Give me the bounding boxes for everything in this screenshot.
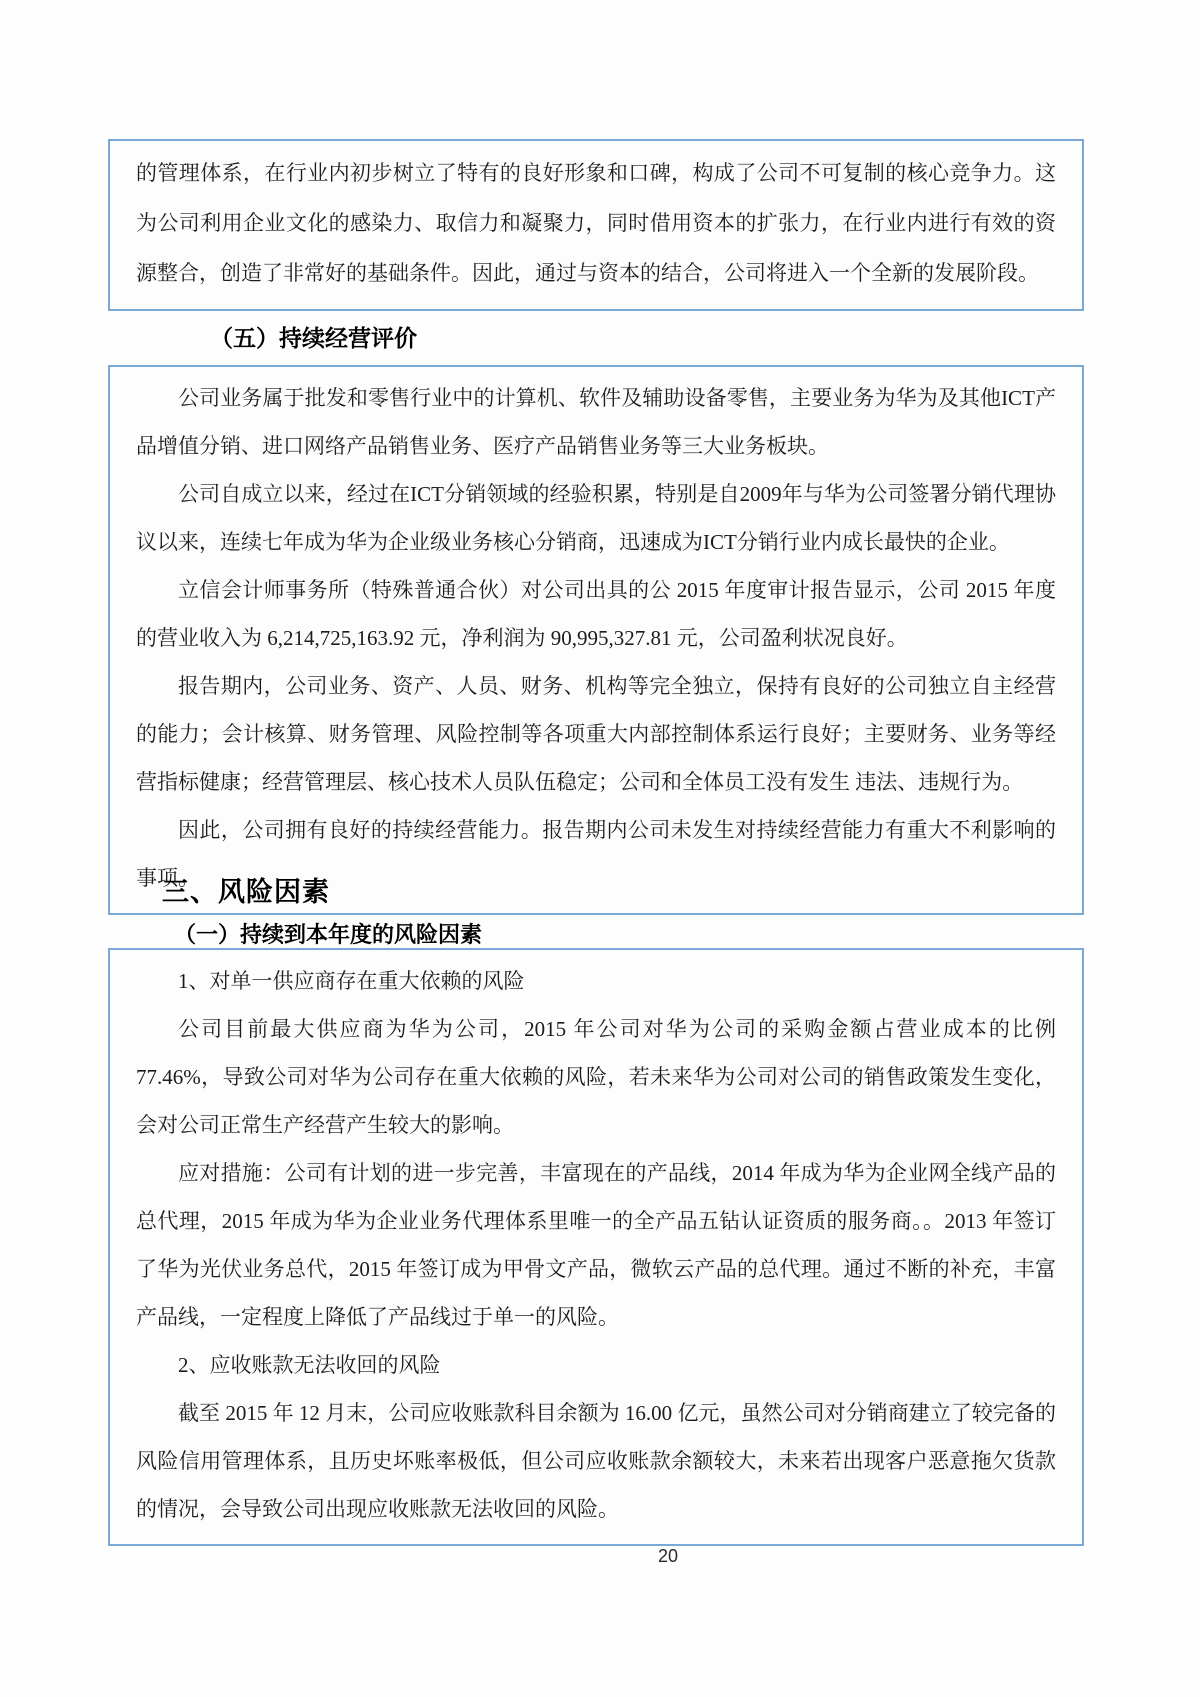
paragraph: 2、应收账款无法收回的风险 bbox=[136, 1341, 1056, 1389]
paragraph: 立信会计师事务所（特殊普通合伙）对公司出具的公 2015 年度审计报告显示，公司… bbox=[136, 566, 1056, 662]
report-page: 的管理体系，在行业内初步树立了特有的良好形象和口碑，构成了公司不可复制的核心竞争… bbox=[0, 0, 1200, 1697]
section-heading-risk-factors: 三、风险因素 bbox=[162, 870, 330, 909]
text-block-risk-factors: 1、对单一供应商存在重大依赖的风险 公司目前最大供应商为华为公司，2015 年公… bbox=[108, 948, 1084, 1546]
paragraph: 报告期内，公司业务、资产、人员、财务、机构等完全独立，保持有良好的公司独立自主经… bbox=[136, 662, 1056, 806]
paragraph: 1、对单一供应商存在重大依赖的风险 bbox=[136, 957, 1056, 1005]
paragraph: 公司业务属于批发和零售行业中的计算机、软件及辅助设备零售，主要业务为华为及其他I… bbox=[136, 374, 1056, 470]
paragraph: 的管理体系，在行业内初步树立了特有的良好形象和口碑，构成了公司不可复制的核心竞争… bbox=[136, 148, 1056, 298]
page-number: 20 bbox=[658, 1546, 678, 1567]
paragraph: 公司目前最大供应商为华为公司，2015 年公司对华为公司的采购金额占营业成本的比… bbox=[136, 1005, 1056, 1149]
text-block-going-concern-evaluation: 公司业务属于批发和零售行业中的计算机、软件及辅助设备零售，主要业务为华为及其他I… bbox=[108, 365, 1084, 915]
section-heading-going-concern: （五）持续经营评价 bbox=[210, 320, 417, 353]
paragraph: 截至 2015 年 12 月末，公司应收账款科目余额为 16.00 亿元，虽然公… bbox=[136, 1389, 1056, 1533]
paragraph: 应对措施：公司有计划的进一步完善，丰富现在的产品线，2014 年成为华为企业网全… bbox=[136, 1149, 1056, 1341]
paragraph: 公司自成立以来，经过在ICT分销领域的经验积累，特别是自2009年与华为公司签署… bbox=[136, 470, 1056, 566]
text-block-company-strength: 的管理体系，在行业内初步树立了特有的良好形象和口碑，构成了公司不可复制的核心竞争… bbox=[108, 139, 1084, 311]
subsection-heading-current-year-risks: （一）持续到本年度的风险因素 bbox=[174, 918, 482, 949]
